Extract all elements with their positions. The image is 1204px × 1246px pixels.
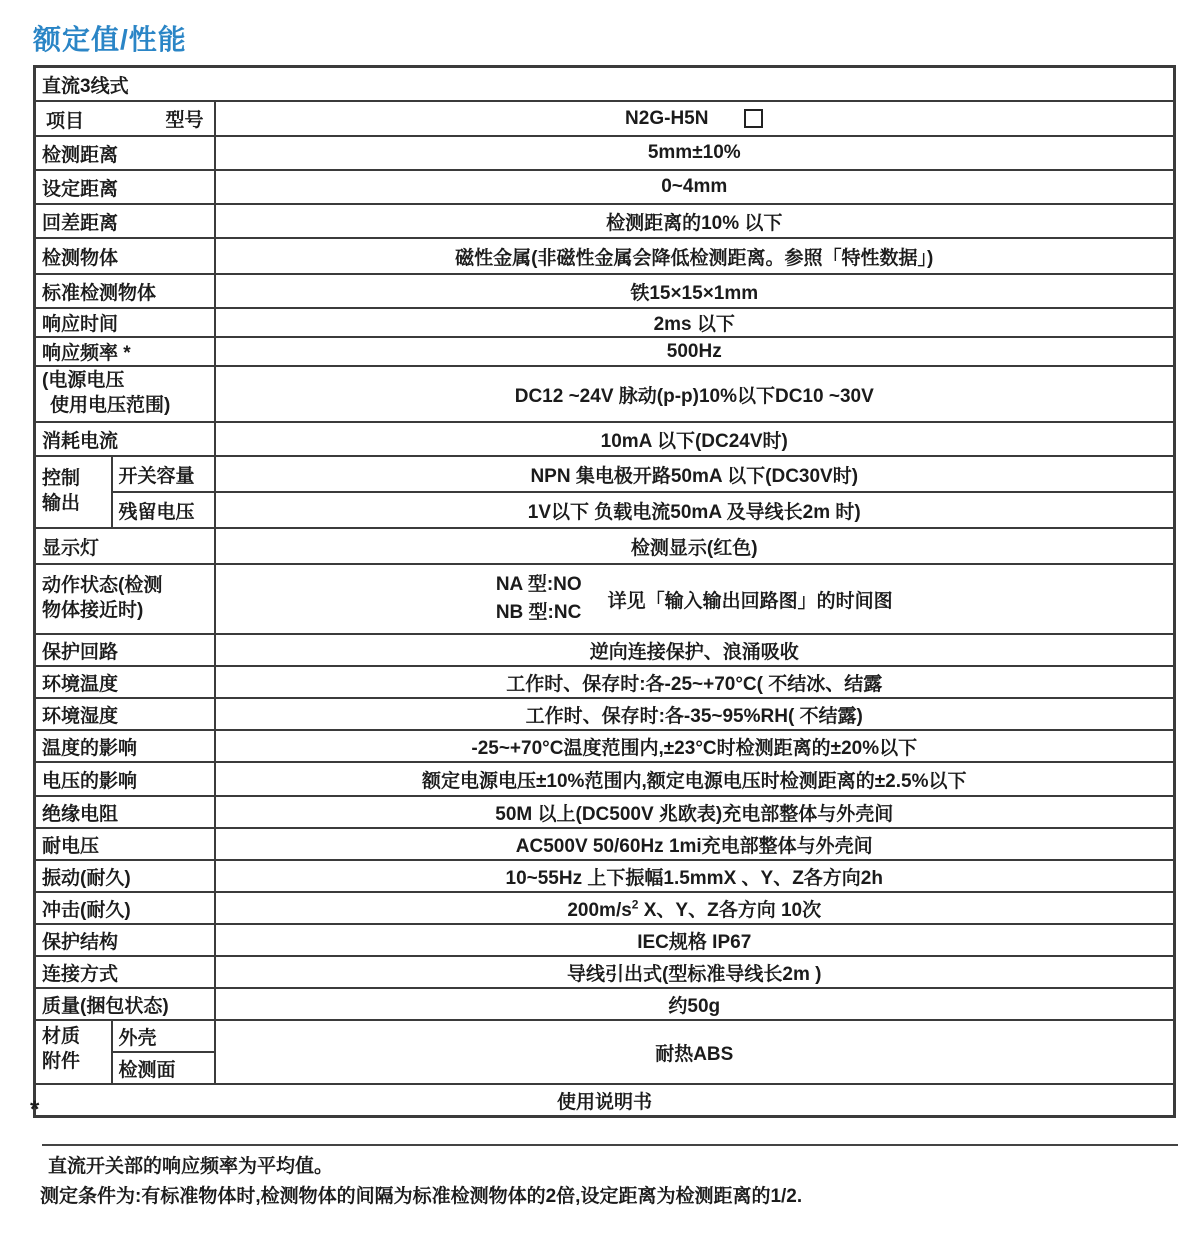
row-value-indicator: 检测显示(红色) — [215, 528, 1175, 564]
table-row: 项目 型号 N2G-H5N — [35, 101, 1175, 136]
table-row: 质量(捆包状态) 约50g — [35, 988, 1175, 1020]
table-row: 检测物体 磁性金属(非磁性金属会降低检测距离。参照「特性数据」) — [35, 238, 1175, 274]
row-value-setting-distance: 0~4mm — [215, 170, 1175, 204]
row-value-accessory: 使用说明书 — [35, 1084, 1175, 1117]
row-value-shock: 200m/s2 X、Y、Z各方向 10次 — [215, 892, 1175, 924]
control-output-label-line2: 输出 — [42, 492, 105, 517]
footnote-line2: 测定条件为:有标准物体时,检测物体的间隔为标准检测物体的2倍,设定距离为检测距离… — [40, 1182, 1180, 1212]
row-label-voltage-influence: 电压的影响 — [35, 762, 215, 796]
row-label-response-time: 响应时间 — [35, 308, 215, 337]
table-row: 残留电压 1V以下 负载电流50mA 及导线长2m 时) — [35, 492, 1175, 528]
row-label-residual-voltage: 残留电压 — [112, 492, 215, 528]
table-row: 显示灯 检测显示(红色) — [35, 528, 1175, 564]
supply-voltage-label-line1: (电源电压 — [42, 369, 208, 394]
row-label-current-consumption: 消耗电流 — [35, 422, 215, 456]
footnotes: 直流开关部的响应频率为平均值。 测定条件为:有标准物体时,检测物体的间隔为标准检… — [40, 1152, 1180, 1213]
row-label-supply-voltage: (电源电压 使用电压范围) — [35, 366, 215, 422]
table-row: 电压的影响 额定电源电压±10%范围内,额定电源电压时检测距离的±2.5%以下 — [35, 762, 1175, 796]
row-value-dielectric-strength: AC500V 50/60Hz 1mi充电部整体与外壳间 — [215, 828, 1175, 860]
row-label-ambient-temperature: 环境温度 — [35, 666, 215, 698]
control-output-label-line1: 控制 — [42, 467, 105, 492]
item-column-label: 项目 — [46, 106, 84, 133]
row-label-connection-method: 连接方式 — [35, 956, 215, 988]
table-row: 控制 输出 开关容量 NPN 集电极开路50mA 以下(DC30V时) — [35, 456, 1175, 492]
row-value-standard-object: 铁15×15×1mm — [215, 274, 1175, 308]
row-value-sensing-object: 磁性金属(非磁性金属会降低检测距离。参照「特性数据」) — [215, 238, 1175, 274]
row-value-weight: 约50g — [215, 988, 1175, 1020]
table-row: 动作状态(检测 物体接近时) NA 型:NO NB 型:NC 详见「输入输出回路… — [35, 564, 1175, 634]
item-model-header-cell: 项目 型号 — [35, 101, 215, 136]
model-column-label: 型号 — [165, 105, 203, 132]
row-label-sensing-object: 检测物体 — [35, 238, 215, 274]
shock-value-prefix: 200m/s — [567, 900, 631, 921]
table-row: 保护结构 IEC规格 IP67 — [35, 924, 1175, 956]
table-row: 直流3线式 — [35, 67, 1175, 102]
row-value-supply-voltage: DC12 ~24V 脉动(p-p)10%以下DC10 ~30V — [215, 366, 1175, 422]
row-label-shock: 冲击(耐久) — [35, 892, 215, 924]
row-value-switching-capacity: NPN 集电极开路50mA 以下(DC30V时) — [215, 456, 1175, 492]
row-value-material: 耐热ABS — [215, 1020, 1175, 1084]
footnote-asterisk: * — [30, 1096, 39, 1124]
table-row: 环境湿度 工作时、保存时:各-35~95%RH( 不结露) — [35, 698, 1175, 730]
row-label-insulation-resistance: 绝缘电阻 — [35, 796, 215, 828]
row-value-voltage-influence: 额定电源电压±10%范围内,额定电源电压时检测距离的±2.5%以下 — [215, 762, 1175, 796]
row-label-material-accessory: 材质 附件 — [35, 1020, 112, 1084]
row-value-response-frequency: 500Hz — [215, 337, 1175, 366]
row-value-response-time: 2ms 以下 — [215, 308, 1175, 337]
material-label-line2: 附件 — [42, 1050, 105, 1075]
table-row: 响应频率 * 500Hz — [35, 337, 1175, 366]
row-value-insulation-resistance: 50M 以上(DC500V 兆欧表)充电部整体与外壳间 — [215, 796, 1175, 828]
row-value-protection-circuit: 逆向连接保护、浪涌吸收 — [215, 634, 1175, 666]
row-value-connection-method: 导线引出式(型标准导线长2m ) — [215, 956, 1175, 988]
model-suffix-box — [744, 109, 763, 128]
row-label-weight: 质量(捆包状态) — [35, 988, 215, 1020]
operation-status-na: NA 型:NO — [496, 571, 582, 599]
row-label-control-output: 控制 输出 — [35, 456, 112, 528]
bottom-rule — [42, 1144, 1178, 1146]
row-label-protection-structure: 保护结构 — [35, 924, 215, 956]
table-row: 设定距离 0~4mm — [35, 170, 1175, 204]
page-title: 额定值/性能 — [33, 18, 187, 58]
row-value-temperature-influence: -25~+70°C温度范围内,±23°C时检测距离的±20%以下 — [215, 730, 1175, 762]
table-row: 绝缘电阻 50M 以上(DC500V 兆欧表)充电部整体与外壳间 — [35, 796, 1175, 828]
model-value-cell: N2G-H5N — [215, 101, 1175, 136]
row-label-ambient-humidity: 环境湿度 — [35, 698, 215, 730]
table-row: 振动(耐久) 10~55Hz 上下振幅1.5mmX 、Y、Z各方向2h — [35, 860, 1175, 892]
table-row: 回差距离 检测距离的10% 以下 — [35, 204, 1175, 238]
table-row: 响应时间 2ms 以下 — [35, 308, 1175, 337]
row-value-sensing-distance: 5mm±10% — [215, 136, 1175, 170]
table-row: 冲击(耐久) 200m/s2 X、Y、Z各方向 10次 — [35, 892, 1175, 924]
material-label-line1: 材质 — [42, 1025, 105, 1050]
table-section-header: 直流3线式 — [35, 67, 1175, 102]
datasheet-page: 额定值/性能 直流3线式 项目 型号 N2G-H5N 检测距离 5mm±10% … — [0, 0, 1204, 1246]
row-label-vibration: 振动(耐久) — [35, 860, 215, 892]
row-value-operation-status: NA 型:NO NB 型:NC 详见「输入输出回路图」的时间图 — [215, 564, 1175, 634]
row-label-sensing-distance: 检测距离 — [35, 136, 215, 170]
table-row: 消耗电流 10mA 以下(DC24V时) — [35, 422, 1175, 456]
row-value-hysteresis: 检测距离的10% 以下 — [215, 204, 1175, 238]
supply-voltage-label-line2: 使用电压范围) — [42, 394, 208, 419]
row-value-ambient-humidity: 工作时、保存时:各-35~95%RH( 不结露) — [215, 698, 1175, 730]
operation-status-nb: NB 型:NC — [496, 599, 582, 627]
operation-status-label-line2: 物体接近时) — [42, 599, 208, 624]
table-row: 使用说明书 — [35, 1084, 1175, 1117]
row-label-standard-object: 标准检测物体 — [35, 274, 215, 308]
operation-status-label-line1: 动作状态(检测 — [42, 574, 208, 599]
model-number: N2G-H5N — [625, 108, 708, 130]
footnote-line1: 直流开关部的响应频率为平均值。 — [40, 1152, 1180, 1182]
table-row: (电源电压 使用电压范围) DC12 ~24V 脉动(p-p)10%以下DC10… — [35, 366, 1175, 422]
row-label-indicator: 显示灯 — [35, 528, 215, 564]
row-value-ambient-temperature: 工作时、保存时:各-25~+70°C( 不结冰、结露 — [215, 666, 1175, 698]
row-value-vibration: 10~55Hz 上下振幅1.5mmX 、Y、Z各方向2h — [215, 860, 1175, 892]
row-label-operation-status: 动作状态(检测 物体接近时) — [35, 564, 215, 634]
table-row: 标准检测物体 铁15×15×1mm — [35, 274, 1175, 308]
row-label-protection-circuit: 保护回路 — [35, 634, 215, 666]
table-row: 检测距离 5mm±10% — [35, 136, 1175, 170]
row-value-protection-structure: IEC规格 IP67 — [215, 924, 1175, 956]
spec-table: 直流3线式 项目 型号 N2G-H5N 检测距离 5mm±10% 设定距离 0~… — [33, 65, 1176, 1118]
shock-value-suffix: X、Y、Z各方向 10次 — [638, 900, 821, 921]
row-label-material-case: 外壳 — [112, 1020, 215, 1052]
row-label-dielectric-strength: 耐电压 — [35, 828, 215, 860]
row-label-hysteresis: 回差距离 — [35, 204, 215, 238]
row-value-residual-voltage: 1V以下 负载电流50mA 及导线长2m 时) — [215, 492, 1175, 528]
table-row: 温度的影响 -25~+70°C温度范围内,±23°C时检测距离的±20%以下 — [35, 730, 1175, 762]
row-value-current-consumption: 10mA 以下(DC24V时) — [215, 422, 1175, 456]
table-row: 连接方式 导线引出式(型标准导线长2m ) — [35, 956, 1175, 988]
row-label-material-sensing-face: 检测面 — [112, 1052, 215, 1084]
row-label-temperature-influence: 温度的影响 — [35, 730, 215, 762]
table-row: 材质 附件 外壳 耐热ABS — [35, 1020, 1175, 1052]
row-label-setting-distance: 设定距离 — [35, 170, 215, 204]
table-row: 耐电压 AC500V 50/60Hz 1mi充电部整体与外壳间 — [35, 828, 1175, 860]
table-row: 环境温度 工作时、保存时:各-25~+70°C( 不结冰、结露 — [35, 666, 1175, 698]
table-row: 保护回路 逆向连接保护、浪涌吸收 — [35, 634, 1175, 666]
operation-status-note: 详见「输入输出回路图」的时间图 — [608, 586, 893, 613]
row-label-switching-capacity: 开关容量 — [112, 456, 215, 492]
row-label-response-frequency: 响应频率 * — [35, 337, 215, 366]
